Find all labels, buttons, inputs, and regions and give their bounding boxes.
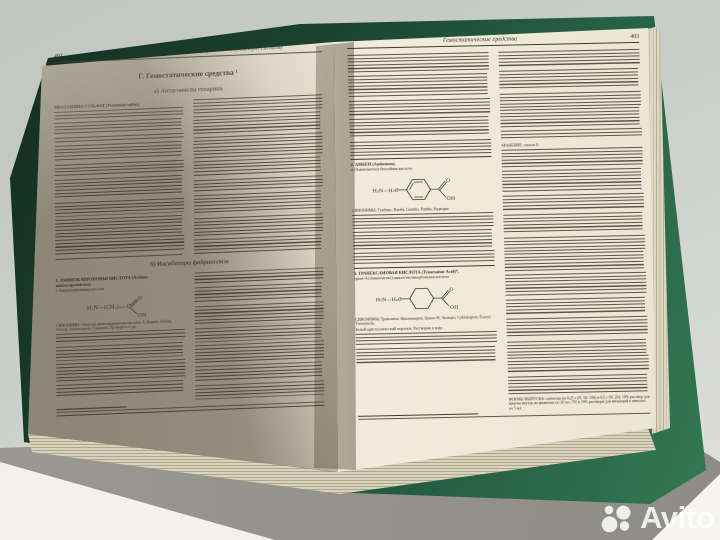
spacer	[347, 43, 381, 44]
paragraph-lines	[349, 116, 488, 139]
paragraph-lines	[350, 139, 491, 156]
svg-text:O: O	[446, 178, 450, 184]
paragraph-lines	[193, 111, 320, 134]
paragraph-lines	[193, 94, 322, 113]
right-col-1: 2. АМБЕН (Ambenum). п-(Аминометил)-бензо…	[347, 52, 499, 413]
text-lines	[498, 49, 642, 141]
book-photo: 492 Средства, действующие на сердечно-со…	[0, 0, 720, 540]
paragraph-lines	[194, 213, 323, 236]
svg-text:H₂N—H₂C: H₂N—H₂C	[375, 297, 401, 304]
watermark: Avito	[601, 500, 714, 536]
paragraph-lines	[499, 68, 638, 91]
text-lines	[347, 52, 491, 156]
paragraph-lines	[507, 338, 646, 355]
aminocaproic-col-2	[194, 267, 324, 400]
paragraph-lines	[506, 297, 645, 316]
svg-text:H₂N—(CH₂)₅—C: H₂N—(CH₂)₅—C	[86, 303, 130, 312]
svg-text:O: O	[449, 287, 453, 293]
paragraph-lines	[55, 198, 184, 217]
paragraph-lines	[508, 374, 647, 395]
tranexamic-structure: H₂N—H₂C O OH	[373, 281, 478, 315]
aminocaproic-columns: 1. АМИНОКАПРОНОВАЯ КИСЛОТА (Acidum amino…	[56, 267, 325, 406]
watermark-text: Avito	[640, 500, 714, 536]
aminocaproic-col-1: 1. АМИНОКАПРОНОВАЯ КИСЛОТА (Acidum amino…	[56, 273, 186, 406]
right-col-2: ХРАНЕНИЕ: список Б. ФОРМЫ ВЫПУСКА: табле…	[498, 49, 650, 410]
paragraph-lines	[503, 193, 644, 212]
left-page-number: 492	[54, 53, 88, 60]
section-title: Г. Гемостатические средства ¹	[54, 64, 322, 84]
paragraph-lines	[55, 175, 182, 200]
paragraph-lines	[356, 346, 495, 365]
right-page-columns: 2. АМБЕН (Ambenum). п-(Аминометил)-бензо…	[347, 49, 650, 413]
right-page-number: 493	[579, 34, 639, 41]
avito-logo-icon	[601, 502, 633, 534]
paragraph-lines	[195, 282, 322, 303]
paragraph-lines	[194, 234, 321, 255]
paragraph-lines	[195, 380, 324, 399]
paragraph-lines	[56, 359, 185, 382]
paragraph-lines	[504, 234, 645, 251]
paragraph-lines	[353, 229, 492, 250]
left-running-header-row: 492 Средства, действующие на сердечно-со…	[54, 43, 322, 63]
left-page-content: 492 Средства, действующие на сердечно-со…	[54, 43, 324, 442]
paragraph-lines	[195, 324, 322, 343]
svg-text:O: O	[137, 295, 141, 301]
paragraph-lines	[353, 250, 494, 265]
right-running-header: Гемостатические средства	[381, 35, 579, 45]
paragraph-lines	[498, 49, 639, 68]
paragraph-lines	[502, 168, 641, 193]
paragraph-lines	[501, 128, 642, 141]
aminocaproic-structure: H₂N—(CH₂)₅—C O OH	[72, 291, 168, 321]
protamine-col-2	[193, 94, 323, 255]
paragraph-lines	[356, 331, 497, 346]
text-lines	[501, 147, 649, 395]
paragraph-lines	[56, 380, 183, 397]
paragraph-lines	[500, 90, 641, 107]
paragraph-lines	[503, 212, 642, 235]
paragraph-lines	[195, 301, 324, 326]
forms-line: ФОРМЫ ВЫПУСКА: таблетки по 0,25 г (N. 50…	[509, 395, 650, 410]
text-lines	[54, 107, 184, 261]
paragraph-lines	[500, 107, 639, 128]
svg-text:OH: OH	[449, 305, 458, 311]
paragraph-lines	[504, 251, 643, 272]
right-running-header-row: Гемостатические средства 493	[347, 34, 639, 49]
paragraph-lines	[349, 98, 490, 117]
text-lines	[56, 329, 185, 397]
paragraph-lines	[194, 190, 321, 215]
paragraph-lines	[348, 73, 487, 98]
paragraph-lines	[56, 342, 183, 361]
right-page-content: Гемостатические средства 493 2. АМБЕН (A…	[347, 34, 651, 432]
svg-text:OH: OH	[446, 196, 455, 202]
paragraph-lines	[347, 52, 489, 73]
paragraph-lines	[506, 316, 648, 339]
paragraph-lines	[195, 341, 324, 364]
protamine-columns: ПРОТАМИНА СУЛЬФАТ (Protamini sulfas).	[54, 94, 323, 261]
paragraph-lines	[195, 361, 322, 382]
amben-structure: H₂N—H₂C O OH	[370, 172, 475, 206]
paragraph-lines	[501, 147, 643, 168]
text-lines	[356, 331, 498, 365]
svg-text:OH: OH	[137, 312, 146, 318]
paragraph-lines	[194, 132, 323, 159]
paragraph-lines	[55, 235, 184, 256]
paragraph-lines	[194, 157, 321, 178]
paragraph-lines	[352, 212, 493, 229]
paragraph-lines	[55, 215, 182, 238]
paragraph-lines	[505, 272, 647, 297]
paragraph-lines	[55, 141, 182, 162]
svg-text:H₂N—H₂C: H₂N—H₂C	[372, 188, 398, 195]
text-lines	[352, 212, 494, 265]
paragraph-lines	[508, 355, 649, 374]
left-running-header: Средства, действующие на сердечно-сосуди…	[88, 43, 322, 58]
protamine-col-1: ПРОТАМИНА СУЛЬФАТ (Protamini sulfas).	[54, 100, 184, 261]
